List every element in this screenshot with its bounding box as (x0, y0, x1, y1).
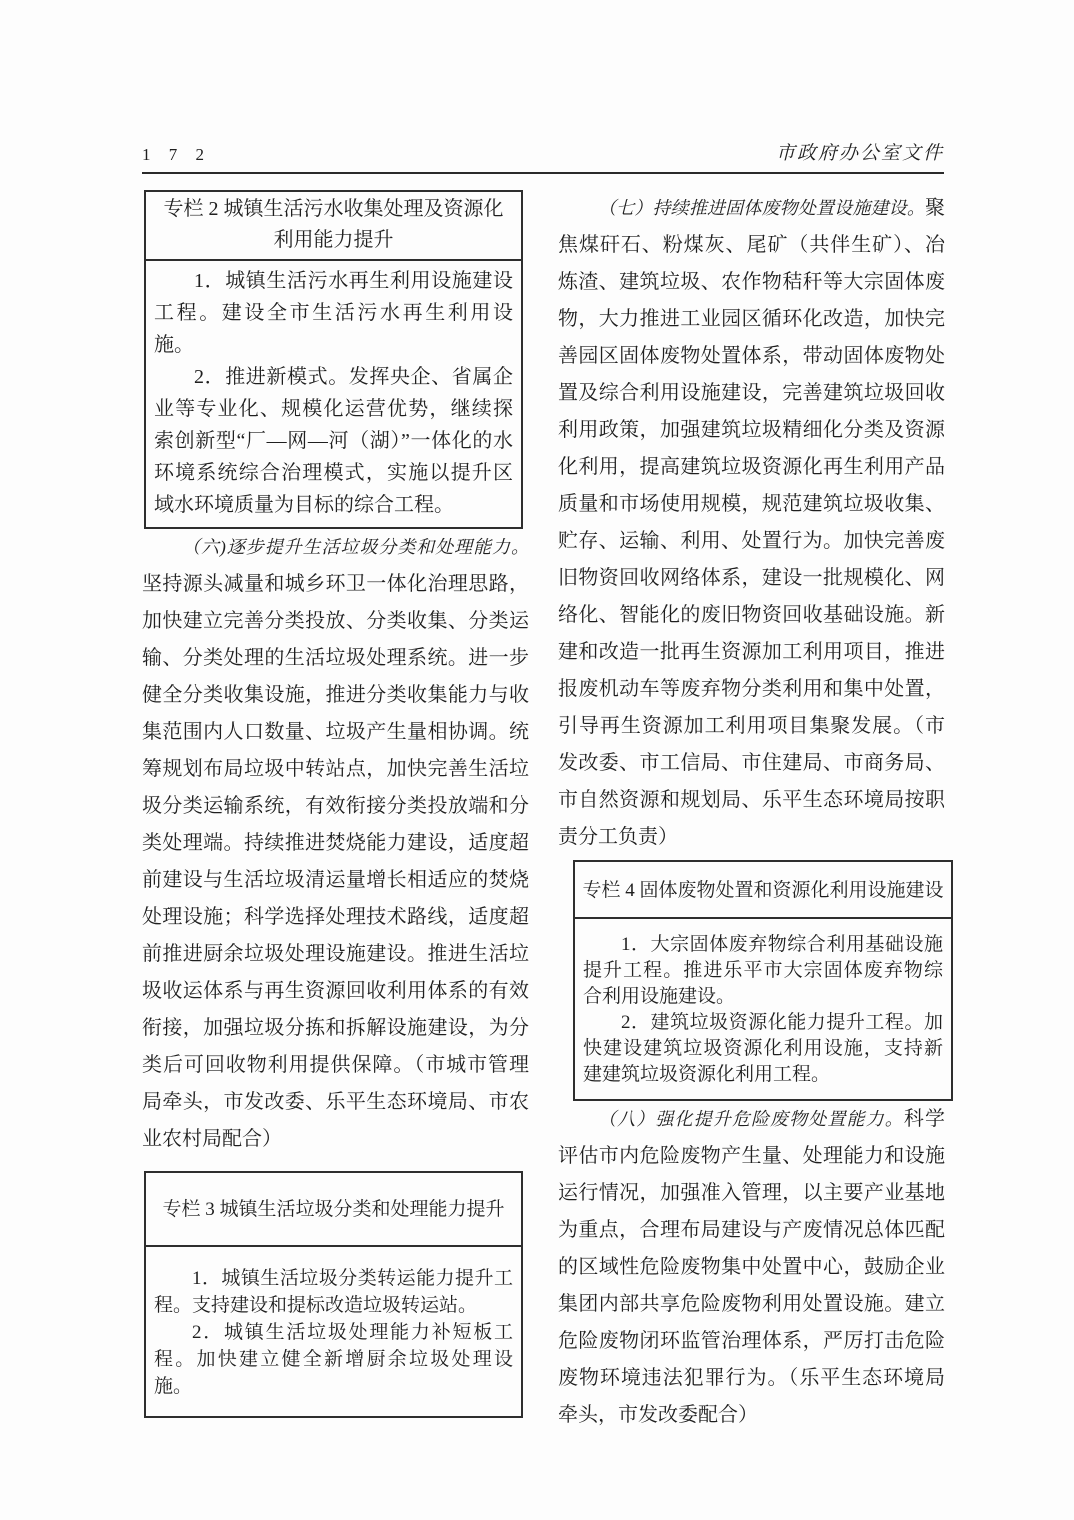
box-4-item-1: 1．大宗固体废弃物综合利用基础设施提升工程。推进乐平市大宗固体废弃物综合利用设施… (583, 932, 943, 1010)
content-columns: 专栏 2 城镇生活污水收集处理及资源化利用能力提升 1．城镇生活污水再生利用设施… (142, 190, 944, 1434)
paragraph-8: （八）强化提升危险废物处置能力。科学评估市内危险废物产生量、处理能力和设施运行情… (558, 1101, 945, 1434)
paragraph-6-body: 坚持源头减量和城乡环卫一体化治理思路，加快建立完善分类投放、分类收集、分类运输、… (142, 573, 529, 1150)
box-4-item-2: 2．建筑垃圾资源化能力提升工程。加快建设建筑垃圾资源化利用设施，支持新建建筑垃圾… (583, 1010, 943, 1088)
box-2-item-2: 2．推进新模式。发挥央企、省属企业等专业化、规模化运营优势，继续探索创新型“厂—… (154, 361, 513, 521)
right-column: （七）持续推进固体废物处置设施建设。聚焦煤矸石、粉煤灰、尾矿（共伴生矿）、冶炼渣… (558, 190, 945, 1434)
box-2-body: 1．城镇生活污水再生利用设施建设工程。建设全市生活污水再生利用设施。 2．推进新… (146, 261, 521, 527)
header-rule (142, 172, 944, 174)
paragraph-8-heading: （八）强化提升危险废物处置能力。 (598, 1109, 904, 1129)
paragraph-6: （六)逐步提升生活垃圾分类和处理能力。坚持源头减量和城乡环卫一体化治理思路，加快… (142, 529, 529, 1158)
box-4-body: 1．大宗固体废弃物综合利用基础设施提升工程。推进乐平市大宗固体废弃物综合利用设施… (575, 919, 951, 1099)
page-header: 1 7 2 市政府办公室文件 (142, 138, 944, 172)
box-3: 专栏 3 城镇生活垃圾分类和处理能力提升 1．城镇生活垃圾分类转运能力提升工程。… (144, 1171, 523, 1418)
paragraph-6-heading: （六)逐步提升生活垃圾分类和处理能力。 (182, 537, 529, 557)
paragraph-7-body: 聚焦煤矸石、粉煤灰、尾矿（共伴生矿）、冶炼渣、建筑垃圾、农作物秸秆等大宗固体废物… (558, 197, 945, 848)
box-3-body: 1．城镇生活垃圾分类转运能力提升工程。支持建设和提标改造垃圾转运站。 2．城镇生… (146, 1247, 521, 1416)
paragraph-7-heading: （七）持续推进固体废物处置设施建设。 (598, 198, 925, 218)
box-4-title: 专栏 4 固体废物处置和资源化利用设施建设 (575, 862, 951, 919)
box-2-title: 专栏 2 城镇生活污水收集处理及资源化利用能力提升 (146, 192, 521, 261)
document-page: 1 7 2 市政府办公室文件 专栏 2 城镇生活污水收集处理及资源化利用能力提升… (0, 0, 1074, 1520)
box-4: 专栏 4 固体废物处置和资源化利用设施建设 1．大宗固体废弃物综合利用基础设施提… (573, 860, 953, 1101)
paragraph-8-body: 科学评估市内危险废物产生量、处理能力和设施运行情况，加强准入管理，以主要产业基地… (558, 1108, 945, 1426)
box-2: 专栏 2 城镇生活污水收集处理及资源化利用能力提升 1．城镇生活污水再生利用设施… (144, 190, 523, 529)
box-3-item-2: 2．城镇生活垃圾处理能力补短板工程。加快建立健全新增厨余垃圾处理设施。 (154, 1319, 513, 1400)
header-doc-type: 市政府办公室文件 (776, 138, 944, 165)
paragraph-7: （七）持续推进固体废物处置设施建设。聚焦煤矸石、粉煤灰、尾矿（共伴生矿）、冶炼渣… (558, 190, 945, 856)
left-column: 专栏 2 城镇生活污水收集处理及资源化利用能力提升 1．城镇生活污水再生利用设施… (142, 190, 529, 1434)
box-3-title: 专栏 3 城镇生活垃圾分类和处理能力提升 (146, 1173, 521, 1247)
box-2-item-1: 1．城镇生活污水再生利用设施建设工程。建设全市生活污水再生利用设施。 (154, 265, 513, 361)
box-3-item-1: 1．城镇生活垃圾分类转运能力提升工程。支持建设和提标改造垃圾转运站。 (154, 1265, 513, 1319)
page-number: 1 7 2 (142, 145, 211, 165)
